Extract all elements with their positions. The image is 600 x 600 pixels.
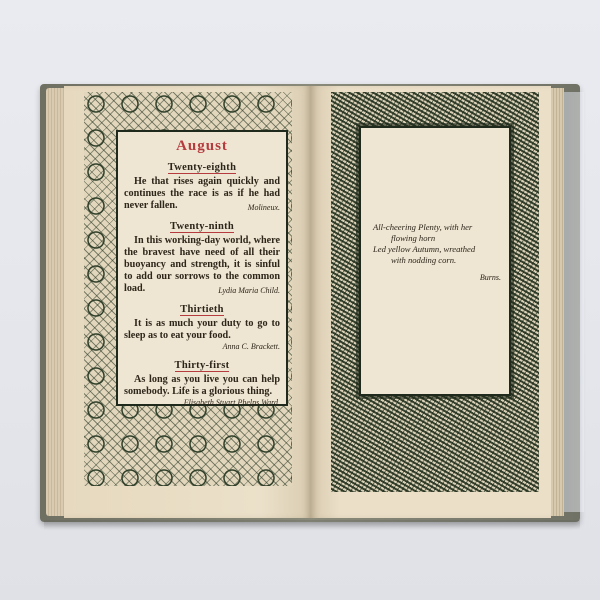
right-page: All-cheering Plenty, with her flowing ho… — [311, 86, 551, 518]
quote-text: It is as much your duty to go to sleep a… — [124, 318, 280, 342]
verse-line: with nodding corn. — [369, 255, 501, 266]
quote-author: Anna C. Brackett. — [124, 342, 280, 351]
verse-panel: All-cheering Plenty, with her flowing ho… — [359, 126, 511, 396]
verse-line: All-cheering Plenty, with her — [369, 222, 501, 233]
quote-text: In this working-day world, where the bra… — [124, 235, 280, 295]
verse: All-cheering Plenty, with her flowing ho… — [369, 222, 501, 283]
quote-author: Elisabeth Stuart Phelps Ward. — [124, 398, 280, 407]
verse-line: flowing horn — [369, 233, 501, 244]
day-heading: Twenty-eighth — [168, 162, 236, 174]
quote-text: As long as you live you can help somebod… — [124, 374, 280, 398]
quote-author: Lydia Maria Child. — [208, 285, 280, 297]
quote-author: Molineux. — [238, 202, 280, 214]
day-heading: Twenty-ninth — [170, 221, 234, 233]
text-panel: August Twenty-eighth He that rises again… — [116, 130, 288, 406]
book-shadow — [44, 520, 580, 530]
day-heading: Thirty-first — [175, 360, 230, 372]
month-heading: August — [124, 138, 280, 155]
verse-author: Burns. — [369, 272, 501, 283]
quote-column: August Twenty-eighth He that rises again… — [124, 136, 280, 409]
book-photo: August Twenty-eighth He that rises again… — [0, 0, 600, 600]
day-heading: Thirtieth — [180, 304, 224, 316]
verse-line: Led yellow Autumn, wreathed — [369, 244, 501, 255]
left-page: August Twenty-eighth He that rises again… — [64, 86, 311, 518]
quote-text: He that rises again quickly and continue… — [124, 176, 280, 212]
